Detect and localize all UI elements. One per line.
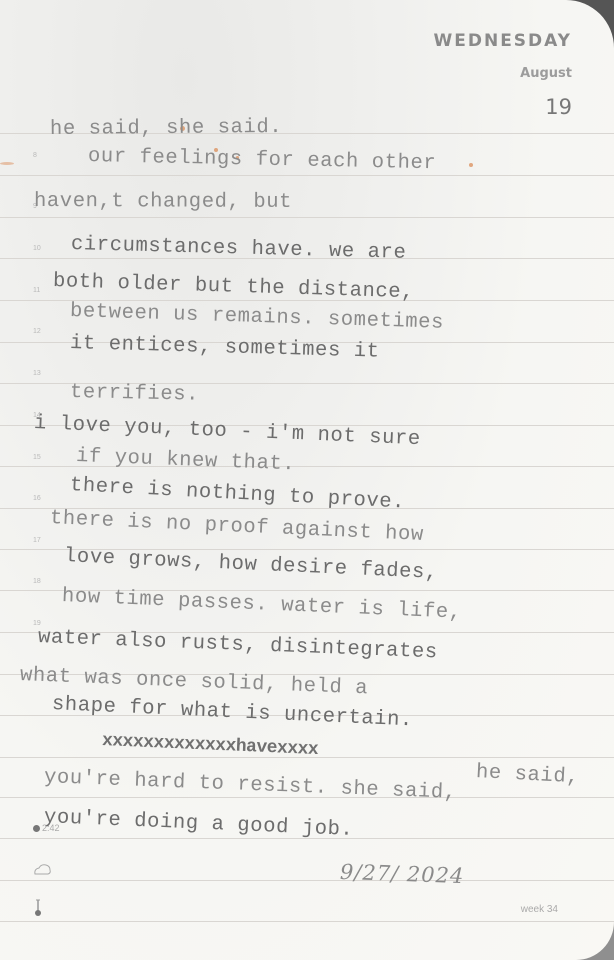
margin-number: 11: [33, 287, 40, 294]
typed-line: there is no proof against how: [49, 507, 424, 547]
ruled-line: [0, 880, 614, 881]
margin-number: 13: [33, 370, 41, 377]
margin-number: 16: [33, 495, 41, 502]
ruled-line: [0, 217, 614, 218]
thermometer-icon: [33, 898, 43, 923]
handwritten-date: 9/27/ 2024: [340, 860, 465, 888]
typed-line: circumstances have. we are: [71, 233, 407, 265]
planner-page: WEDNESDAY August 19 8 9 10 11 12 13 14 1…: [0, 0, 614, 960]
margin-number: 10: [33, 245, 41, 252]
typed-line: haven,t changed, but: [34, 190, 292, 214]
margin-number: 12: [33, 328, 41, 335]
margin-number: 8: [33, 152, 37, 159]
margin-number: 18: [33, 578, 41, 585]
week-label: week 34: [521, 904, 558, 915]
typed-line: terrifies.: [70, 381, 199, 407]
margin-number: 15: [33, 454, 41, 461]
margin-number: 17: [33, 537, 41, 544]
typed-line: you're hard to resist. she said,: [44, 766, 457, 805]
ruled-line: [0, 921, 614, 922]
typed-line: between us remains. sometimes: [70, 300, 445, 335]
typed-line: he said, she said.: [50, 116, 282, 141]
ink-stain: [0, 162, 14, 165]
weekday-label: WEDNESDAY: [433, 31, 572, 51]
typed-line: it entices, sometimes it: [70, 332, 380, 364]
sunrise-time: 2:42: [33, 823, 60, 833]
typed-line: you're doing a good job.: [44, 806, 354, 842]
ruled-line: [0, 175, 614, 176]
typed-line: love grows, how desire fades,: [63, 545, 438, 585]
weather-cloud-icon: [33, 862, 53, 880]
time-label: 2:42: [42, 823, 60, 833]
month-label: August: [520, 66, 572, 81]
struck-out-text: xxxxxxxxxxxxxhavexxxx: [102, 731, 319, 760]
typed-line: our feelings for each other: [88, 145, 437, 175]
sun-dot-icon: [33, 825, 40, 832]
typed-line: if you knew that.: [76, 445, 296, 476]
day-number: 19: [545, 95, 572, 119]
typed-line: he said,: [475, 761, 579, 789]
ink-stain: [469, 163, 473, 167]
